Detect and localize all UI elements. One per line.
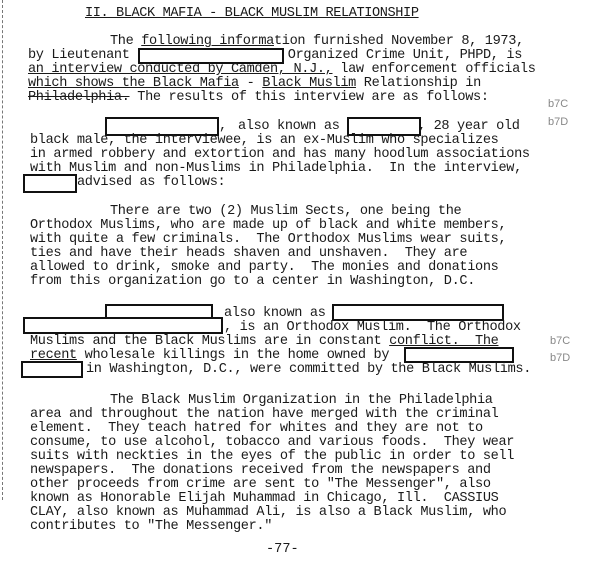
para5-line8: known as Honorable Elijah Muhammad in Ch… [30,492,498,506]
exemption-code-b7c: b7C [550,335,570,347]
para4-line5: in Washington, D.C., were committed by t… [86,363,531,377]
para2-line3: in armed robbery and extortion and has m… [30,148,530,162]
redaction-box [23,317,223,334]
para4-aka: also known as [224,307,326,321]
redaction-box [23,174,77,193]
para3-line1: There are two (2) Muslim Sects, one bein… [110,205,461,219]
page-number: -77- [266,542,299,557]
redaction-box [404,347,514,363]
section-title: II. BLACK MAFIA - BLACK MUSLIM RELATIONS… [85,6,419,21]
para5-line4: consume, to use alcohol, tobacco and var… [30,436,514,450]
para3-line4: ties and have their heads shaven and uns… [30,247,467,261]
redaction-box [21,361,83,378]
para5-line2: area and throughout the nation have merg… [30,408,498,422]
para3-line2: Orthodox Muslims, who are made up of bla… [30,219,506,233]
para1-line1: The following information furnished Nove… [110,35,524,49]
para5-line9: CLAY, also known as Muhammad Ali, is als… [30,506,506,520]
para2-line4: with Muslim and non-Muslims in Philadelp… [30,162,522,176]
para4-line2: , is an Orthodox Muslim. The Orthodox [224,321,521,335]
para3-line3: with quite a few criminals. The Orthodox… [30,233,506,247]
para1-line3: an interview conducted by Camden, N.J., … [28,63,536,77]
exemption-code-b7d: b7D [550,352,570,364]
para4-line4: recent wholesale killings in the home ow… [30,349,389,363]
redaction-box [332,304,504,321]
para5-line6: newspapers. The donations received from … [30,464,491,478]
para1-line4: which shows the Black Mafia - Black Musl… [28,77,481,91]
para2-line2: black male, the interviewee, is an ex-Mu… [30,134,498,148]
para5-line5: suits with neckties in the eyes of the p… [30,450,514,464]
para2-line5: advised as follows: [77,176,225,190]
para1-line2a: by Lieutenant [28,49,130,63]
para5-line1: The Black Muslim Organization in the Phi… [110,394,493,408]
left-margin-line [2,0,3,500]
para5-line3: element. They teach hatred for whites an… [30,422,483,436]
para5-line7: other proceeds from crime are sent to "T… [30,478,491,492]
para5-line10: contributes to "The Messenger." [30,520,272,534]
para2-comma: , [219,120,227,134]
para1-line5: Philadelphia. The results of this interv… [28,91,489,105]
para3-line6: from this organization go to a center in… [30,275,475,289]
para1-line2b: Organized Crime Unit, PHPD, is [280,49,522,63]
para2-aka: also known as [238,120,340,134]
para2-age: , 28 year old [418,120,520,134]
exemption-code-b7c: b7C [548,98,568,110]
exemption-code-b7d: b7D [548,116,568,128]
para3-line5: allowed to drink, smoke and party. The m… [30,261,498,275]
